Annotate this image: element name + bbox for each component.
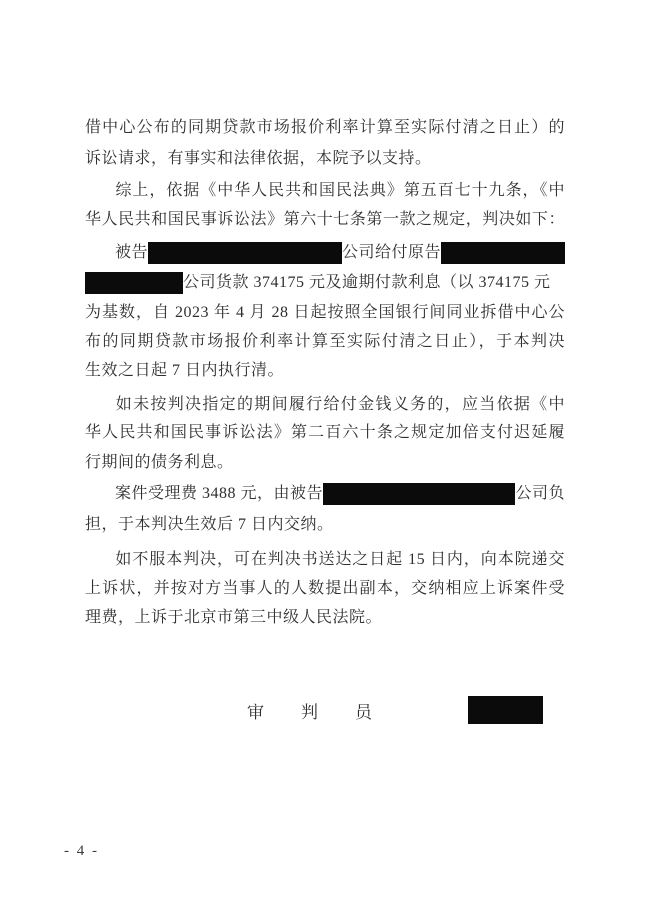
judgment-body: 借中心公布的同期贷款市场报价利率计算至实际付清之日止）的诉讼请求，有事实和法律依…	[0, 0, 650, 919]
text-line: 生效之日起 7 日内执行清。	[85, 359, 565, 383]
text-segment: 诉讼请求，有事实和法律依据，本院予以支持。	[85, 150, 432, 167]
text-line: 担，于本判决生效后 7 日内交纳。	[85, 513, 565, 537]
paragraph-indent	[85, 494, 115, 495]
paragraph-indent	[85, 563, 115, 564]
text-line: 布的同期贷款市场报价利率计算至实际付清之日止），于本判决	[85, 330, 565, 354]
redaction-bar	[148, 242, 342, 264]
paragraph-indent	[85, 253, 115, 254]
text-line: 行期间的债务利息。	[85, 451, 565, 475]
text-line: 借中心公布的同期贷款市场报价利率计算至实际付清之日止）的	[85, 116, 565, 140]
text-segment: 借中心公布的同期贷款市场报价利率计算至实际付清之日止）的	[85, 119, 565, 136]
paragraph-indent	[85, 194, 115, 195]
text-segment: 上诉状，并按对方当事人的人数提出副本，交纳相应上诉案件受	[85, 580, 565, 597]
text-segment: 公司负	[515, 482, 565, 506]
page-number: - 4 -	[64, 843, 99, 860]
text-segment: 如不服本判决，可在判决书送达之日起 15 日内，向本院递交	[115, 551, 565, 568]
text-segment: 综上，依据《中华人民共和国民法典》第五百七十九条，《中	[115, 182, 565, 199]
text-segment: 华人民共和国民事诉讼法》第二百六十条之规定加倍支付迟延履	[85, 424, 565, 441]
text-line: 综上，依据《中华人民共和国民法典》第五百七十九条，《中	[85, 179, 565, 203]
text-segment: 理费，上诉于北京市第三中级人民法院。	[85, 609, 382, 626]
redacted-judge-name	[468, 696, 543, 724]
judge-title: 审判员	[247, 698, 409, 723]
text-line: 诉讼请求，有事实和法律依据，本院予以支持。	[85, 147, 565, 171]
text-segment: 华人民共和国民事诉讼法》第六十七条第一款之规定，判决如下：	[85, 211, 565, 228]
text-segment: 案件受理费 3488 元，由被告	[115, 482, 323, 506]
text-segment: 被告	[115, 241, 148, 265]
text-segment: 如未按判决指定的期间履行给付金钱义务的，应当依据《中	[115, 396, 565, 413]
text-line: 如不服本判决，可在判决书送达之日起 15 日内，向本院递交	[85, 548, 565, 572]
text-segment: 担，于本判决生效后 7 日内交纳。	[85, 516, 334, 533]
text-line: 如未按判决指定的期间履行给付金钱义务的，应当依据《中	[85, 393, 565, 417]
text-line: 华人民共和国民事诉讼法》第二百六十条之规定加倍支付迟延履	[85, 421, 565, 445]
signature-line: 审判员	[247, 695, 409, 725]
text-segment: 生效之日起 7 日内执行清。	[85, 362, 284, 379]
text-line: 被告公司给付原告	[85, 241, 565, 265]
text-segment: 行期间的债务利息。	[85, 454, 234, 471]
text-line: 公司货款 374175 元及逾期付款利息（以 374175 元	[85, 271, 565, 295]
text-segment: 为基数，自 2023 年 4 月 28 日起按照全国银行间同业拆借中心公	[85, 304, 565, 321]
paragraph-indent	[85, 408, 115, 409]
judgment-page: 借中心公布的同期贷款市场报价利率计算至实际付清之日止）的诉讼请求，有事实和法律依…	[0, 0, 650, 919]
text-segment: 公司货款 374175 元及逾期付款利息（以 374175 元	[183, 271, 551, 295]
text-line: 案件受理费 3488 元，由被告公司负	[85, 482, 565, 506]
redaction-bar	[85, 272, 183, 294]
redaction-bar	[441, 242, 565, 264]
redaction-bar	[323, 483, 515, 505]
text-line: 华人民共和国民事诉讼法》第六十七条第一款之规定，判决如下：	[85, 208, 565, 232]
text-line: 上诉状，并按对方当事人的人数提出副本，交纳相应上诉案件受	[85, 577, 565, 601]
text-line: 为基数，自 2023 年 4 月 28 日起按照全国银行间同业拆借中心公	[85, 301, 565, 325]
text-segment: 公司给付原告	[342, 241, 441, 265]
text-segment: 布的同期贷款市场报价利率计算至实际付清之日止），于本判决	[85, 333, 565, 350]
text-line: 理费，上诉于北京市第三中级人民法院。	[85, 606, 565, 630]
